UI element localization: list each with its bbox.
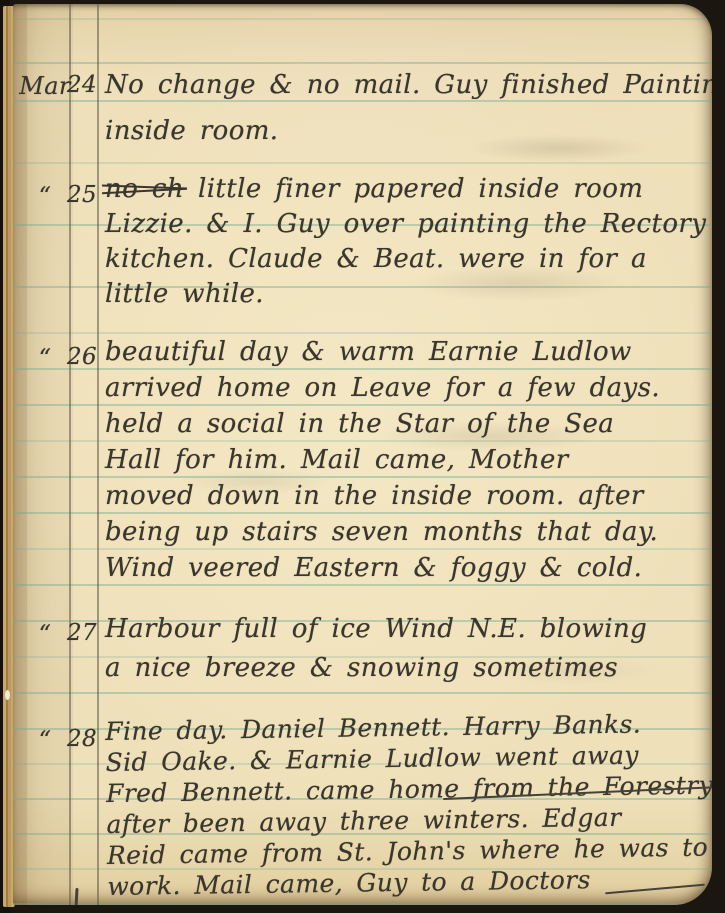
entry-day-number: 28 bbox=[67, 726, 97, 752]
entry-line: held a social in the Star of the Sea bbox=[105, 406, 706, 442]
entry-line: Wind veered Eastern & foggy & cold. bbox=[105, 550, 706, 586]
ruled-line bbox=[13, 692, 712, 694]
entry-month-ditto: “ bbox=[17, 620, 73, 648]
entry-line: Hall for him. Mail came, Mother bbox=[105, 442, 706, 478]
entry-day-number: 26 bbox=[67, 344, 97, 370]
struck-text: no ch bbox=[105, 172, 184, 207]
entry-line: little while. bbox=[105, 277, 706, 312]
paper-speck bbox=[5, 690, 10, 700]
entry-line: Lizzie. & I. Guy over painting the Recto… bbox=[105, 207, 706, 242]
margin-rule-left bbox=[69, 4, 71, 905]
entry-day-number: 25 bbox=[67, 182, 97, 208]
entry-line: arrived home on Leave for a few days. bbox=[105, 370, 706, 406]
entry-line: no chlittle finer papered inside room bbox=[105, 172, 706, 207]
entry-line: being up stairs seven months that day. bbox=[105, 514, 706, 550]
entry-month-ditto: “ bbox=[17, 726, 73, 754]
entry-line: beautiful day & warm Earnie Ludlow bbox=[105, 334, 706, 370]
diary-page: Mar 24 No change & no mail. Guy finished… bbox=[13, 4, 712, 905]
entry-month-label: Mar bbox=[17, 72, 73, 100]
ruled-line bbox=[13, 18, 712, 20]
entry-line: No change & no mail. Guy finished Painti… bbox=[105, 62, 706, 108]
ruled-line bbox=[13, 162, 712, 164]
entry-line: inside room. bbox=[105, 108, 706, 154]
entry-line-text: little finer papered inside room bbox=[198, 174, 643, 204]
diary-scan: Mar 24 No change & no mail. Guy finished… bbox=[0, 0, 725, 913]
entry-line: a nice breeze & snowing sometimes bbox=[105, 649, 706, 688]
entry-month-ditto: “ bbox=[17, 182, 73, 210]
ruled-line bbox=[13, 903, 712, 905]
entry-line: moved down in the inside room. after bbox=[105, 478, 706, 514]
margin-rule-right bbox=[97, 4, 99, 905]
entry-line: Harbour full of ice Wind N.E. blowing bbox=[105, 610, 706, 649]
entry-line: kitchen. Claude & Beat. were in for a bbox=[105, 242, 706, 277]
entry-month-ditto: “ bbox=[17, 344, 73, 372]
entry-day-number: 27 bbox=[67, 620, 97, 646]
entry-day-number: 24 bbox=[67, 72, 97, 98]
